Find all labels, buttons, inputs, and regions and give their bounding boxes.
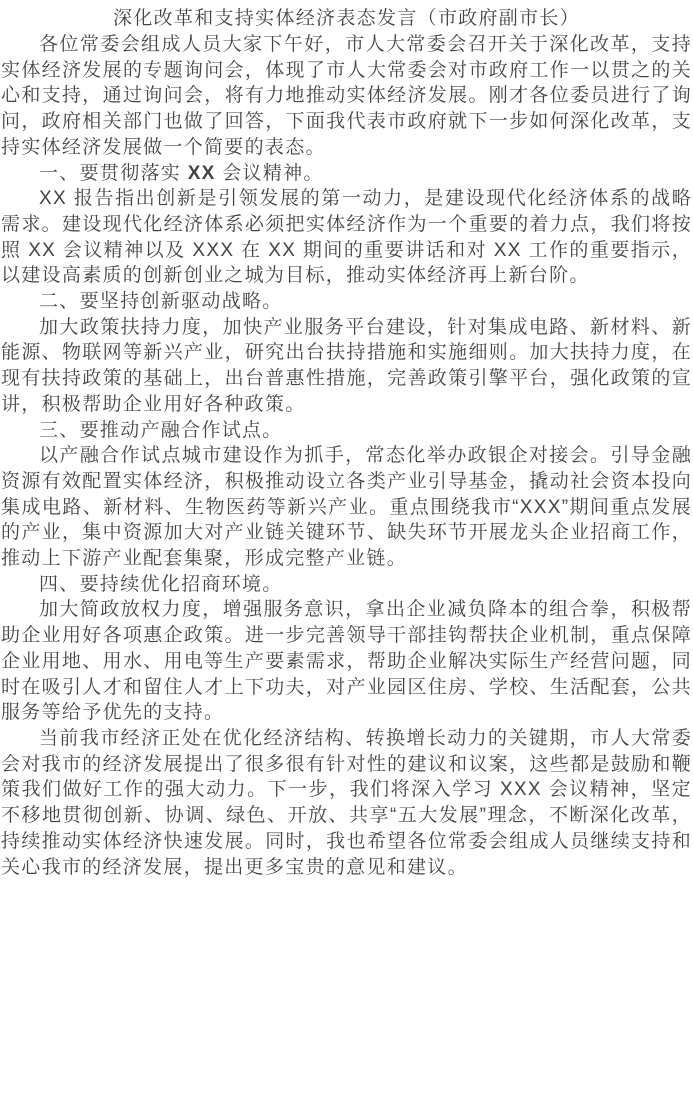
section-heading-3: 三、要推动产融合作试点。 bbox=[1, 418, 692, 444]
section-heading-1-bold-text: XX bbox=[188, 163, 216, 184]
paragraph-section-1: XX 报告指出创新是引领发展的第一动力，是建设现代化经济体系的战略需求。建设现代… bbox=[1, 186, 692, 289]
section-heading-1: 一、要贯彻落实 XX 会议精神。 bbox=[1, 161, 692, 187]
paragraph-section-3: 以产融合作试点城市建设作为抓手，常态化举办政银企对接会。引导金融资源有效配置实体… bbox=[1, 443, 692, 572]
section-heading-1-text: 一、要贯彻落实 bbox=[39, 163, 188, 184]
paragraph-intro: 各位常委会组成人员大家下午好，市人大常委会召开关于深化改革，支持实体经济发展的专… bbox=[1, 32, 692, 161]
document-title: 深化改革和支持实体经济表态发言（市政府副市长） bbox=[1, 6, 692, 32]
document-page: 深化改革和支持实体经济表态发言（市政府副市长） 各位常委会组成人员大家下午好，市… bbox=[0, 0, 693, 1097]
paragraph-section-2: 加大政策扶持力度，加快产业服务平台建设，针对集成电路、新材料、新能源、物联网等新… bbox=[1, 315, 692, 418]
section-heading-1-text-tail: 会议精神。 bbox=[216, 163, 324, 184]
section-heading-4: 四、要持续优化招商环境。 bbox=[1, 572, 692, 598]
paragraph-section-4: 加大简政放权力度，增强服务意识，拿出企业减负降本的组合拳，积极帮助企业用好各项惠… bbox=[1, 597, 692, 726]
paragraph-closing: 当前我市经济正处在优化经济结构、转换增长动力的关键期，市人大常委会对我市的经济发… bbox=[1, 726, 692, 880]
section-heading-2: 二、要坚持创新驱动战略。 bbox=[1, 289, 692, 315]
